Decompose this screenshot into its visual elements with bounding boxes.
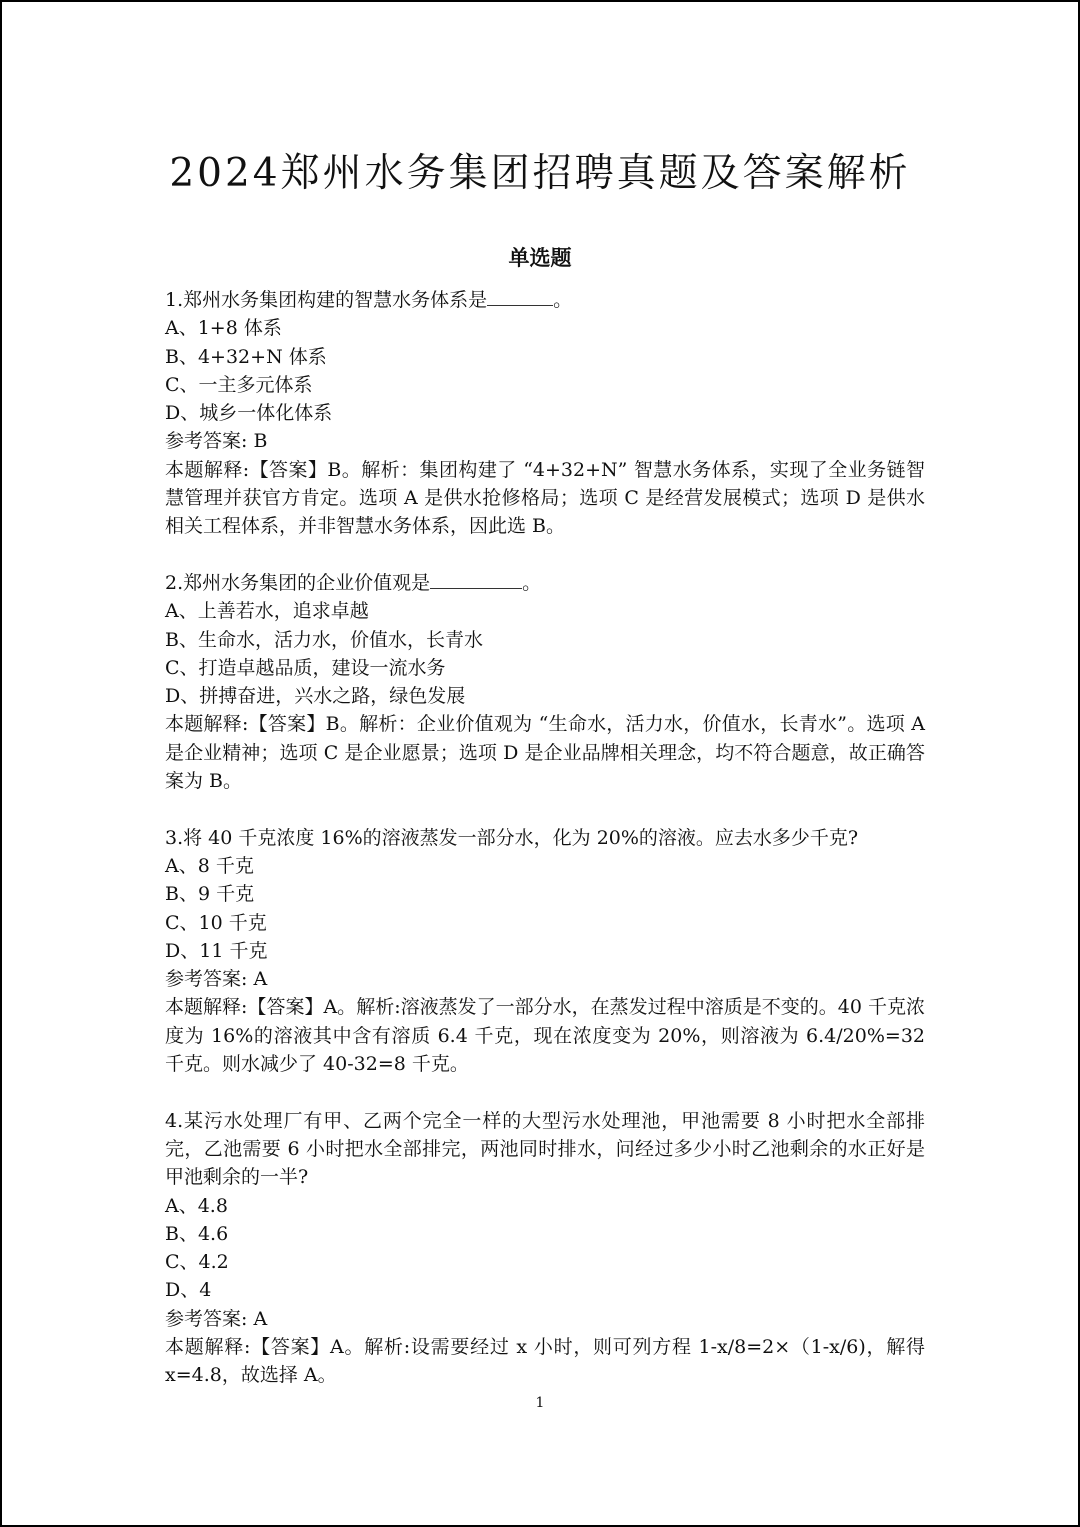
document-page: 2024郑州水务集团招聘真题及答案解析 单选题 1.郑州水务集团构建的智慧水务体… — [0, 0, 1080, 1527]
page-number: 1 — [2, 1395, 1078, 1411]
explanation: 本题解释:【答案】A。解析:溶液蒸发了一部分水，在蒸发过程中溶质是不变的。40 … — [165, 993, 925, 1078]
question-stem: 1.郑州水务集团构建的智慧水务体系是。 — [165, 286, 925, 314]
stem-text: 1.郑州水务集团构建的智慧水务体系是 — [165, 289, 487, 311]
option-b: B、4.6 — [165, 1220, 925, 1248]
option-c: C、10 千克 — [165, 909, 925, 937]
reference-answer: 参考答案: B — [165, 427, 925, 455]
question-list: 1.郑州水务集团构建的智慧水务体系是。 A、1+8 体系 B、4+32+N 体系… — [165, 286, 925, 1418]
explanation: 本题解释:【答案】B。解析：集团构建了 “4+32+N” 智慧水务体系，实现了全… — [165, 456, 925, 541]
question-1: 1.郑州水务集团构建的智慧水务体系是。 A、1+8 体系 B、4+32+N 体系… — [165, 286, 925, 541]
option-c: C、一主多元体系 — [165, 371, 925, 399]
stem-suffix: 。 — [522, 572, 541, 594]
answer-blank — [487, 304, 553, 306]
document-title: 2024郑州水务集团招聘真题及答案解析 — [2, 142, 1078, 198]
reference-answer: 参考答案: A — [165, 1305, 925, 1333]
question-stem: 3.将 40 千克浓度 16%的溶液蒸发一部分水，化为 20%的溶液。应去水多少… — [165, 824, 925, 852]
stem-suffix: 。 — [553, 289, 572, 311]
section-heading: 单选题 — [2, 242, 1078, 272]
option-b: B、生命水，活力水，价值水，长青水 — [165, 626, 925, 654]
option-a: A、4.8 — [165, 1192, 925, 1220]
option-a: A、1+8 体系 — [165, 314, 925, 342]
option-c: C、4.2 — [165, 1248, 925, 1276]
explanation: 本题解释:【答案】A。解析:设需要经过 x 小时，则可列方程 1-x/8=2×（… — [165, 1333, 925, 1390]
option-c: C、打造卓越品质，建设一流水务 — [165, 654, 925, 682]
option-d: D、11 千克 — [165, 937, 925, 965]
question-2: 2.郑州水务集团的企业价值观是。 A、上善若水，追求卓越 B、生命水，活力水，价… — [165, 569, 925, 795]
answer-blank — [430, 587, 522, 589]
explanation: 本题解释:【答案】B。解析：企业价值观为 “生命水，活力水，价值水，长青水”。选… — [165, 710, 925, 795]
option-b: B、9 千克 — [165, 880, 925, 908]
question-stem: 2.郑州水务集团的企业价值观是。 — [165, 569, 925, 597]
option-d: D、城乡一体化体系 — [165, 399, 925, 427]
question-4: 4.某污水处理厂有甲、乙两个完全一样的大型污水处理池，甲池需要 8 小时把水全部… — [165, 1107, 925, 1390]
option-d: D、4 — [165, 1276, 925, 1304]
option-a: A、8 千克 — [165, 852, 925, 880]
stem-text: 2.郑州水务集团的企业价值观是 — [165, 572, 430, 594]
option-a: A、上善若水，追求卓越 — [165, 597, 925, 625]
question-3: 3.将 40 千克浓度 16%的溶液蒸发一部分水，化为 20%的溶液。应去水多少… — [165, 824, 925, 1079]
reference-answer: 参考答案: A — [165, 965, 925, 993]
question-stem: 4.某污水处理厂有甲、乙两个完全一样的大型污水处理池，甲池需要 8 小时把水全部… — [165, 1107, 925, 1192]
option-d: D、拼搏奋进，兴水之路，绿色发展 — [165, 682, 925, 710]
option-b: B、4+32+N 体系 — [165, 343, 925, 371]
